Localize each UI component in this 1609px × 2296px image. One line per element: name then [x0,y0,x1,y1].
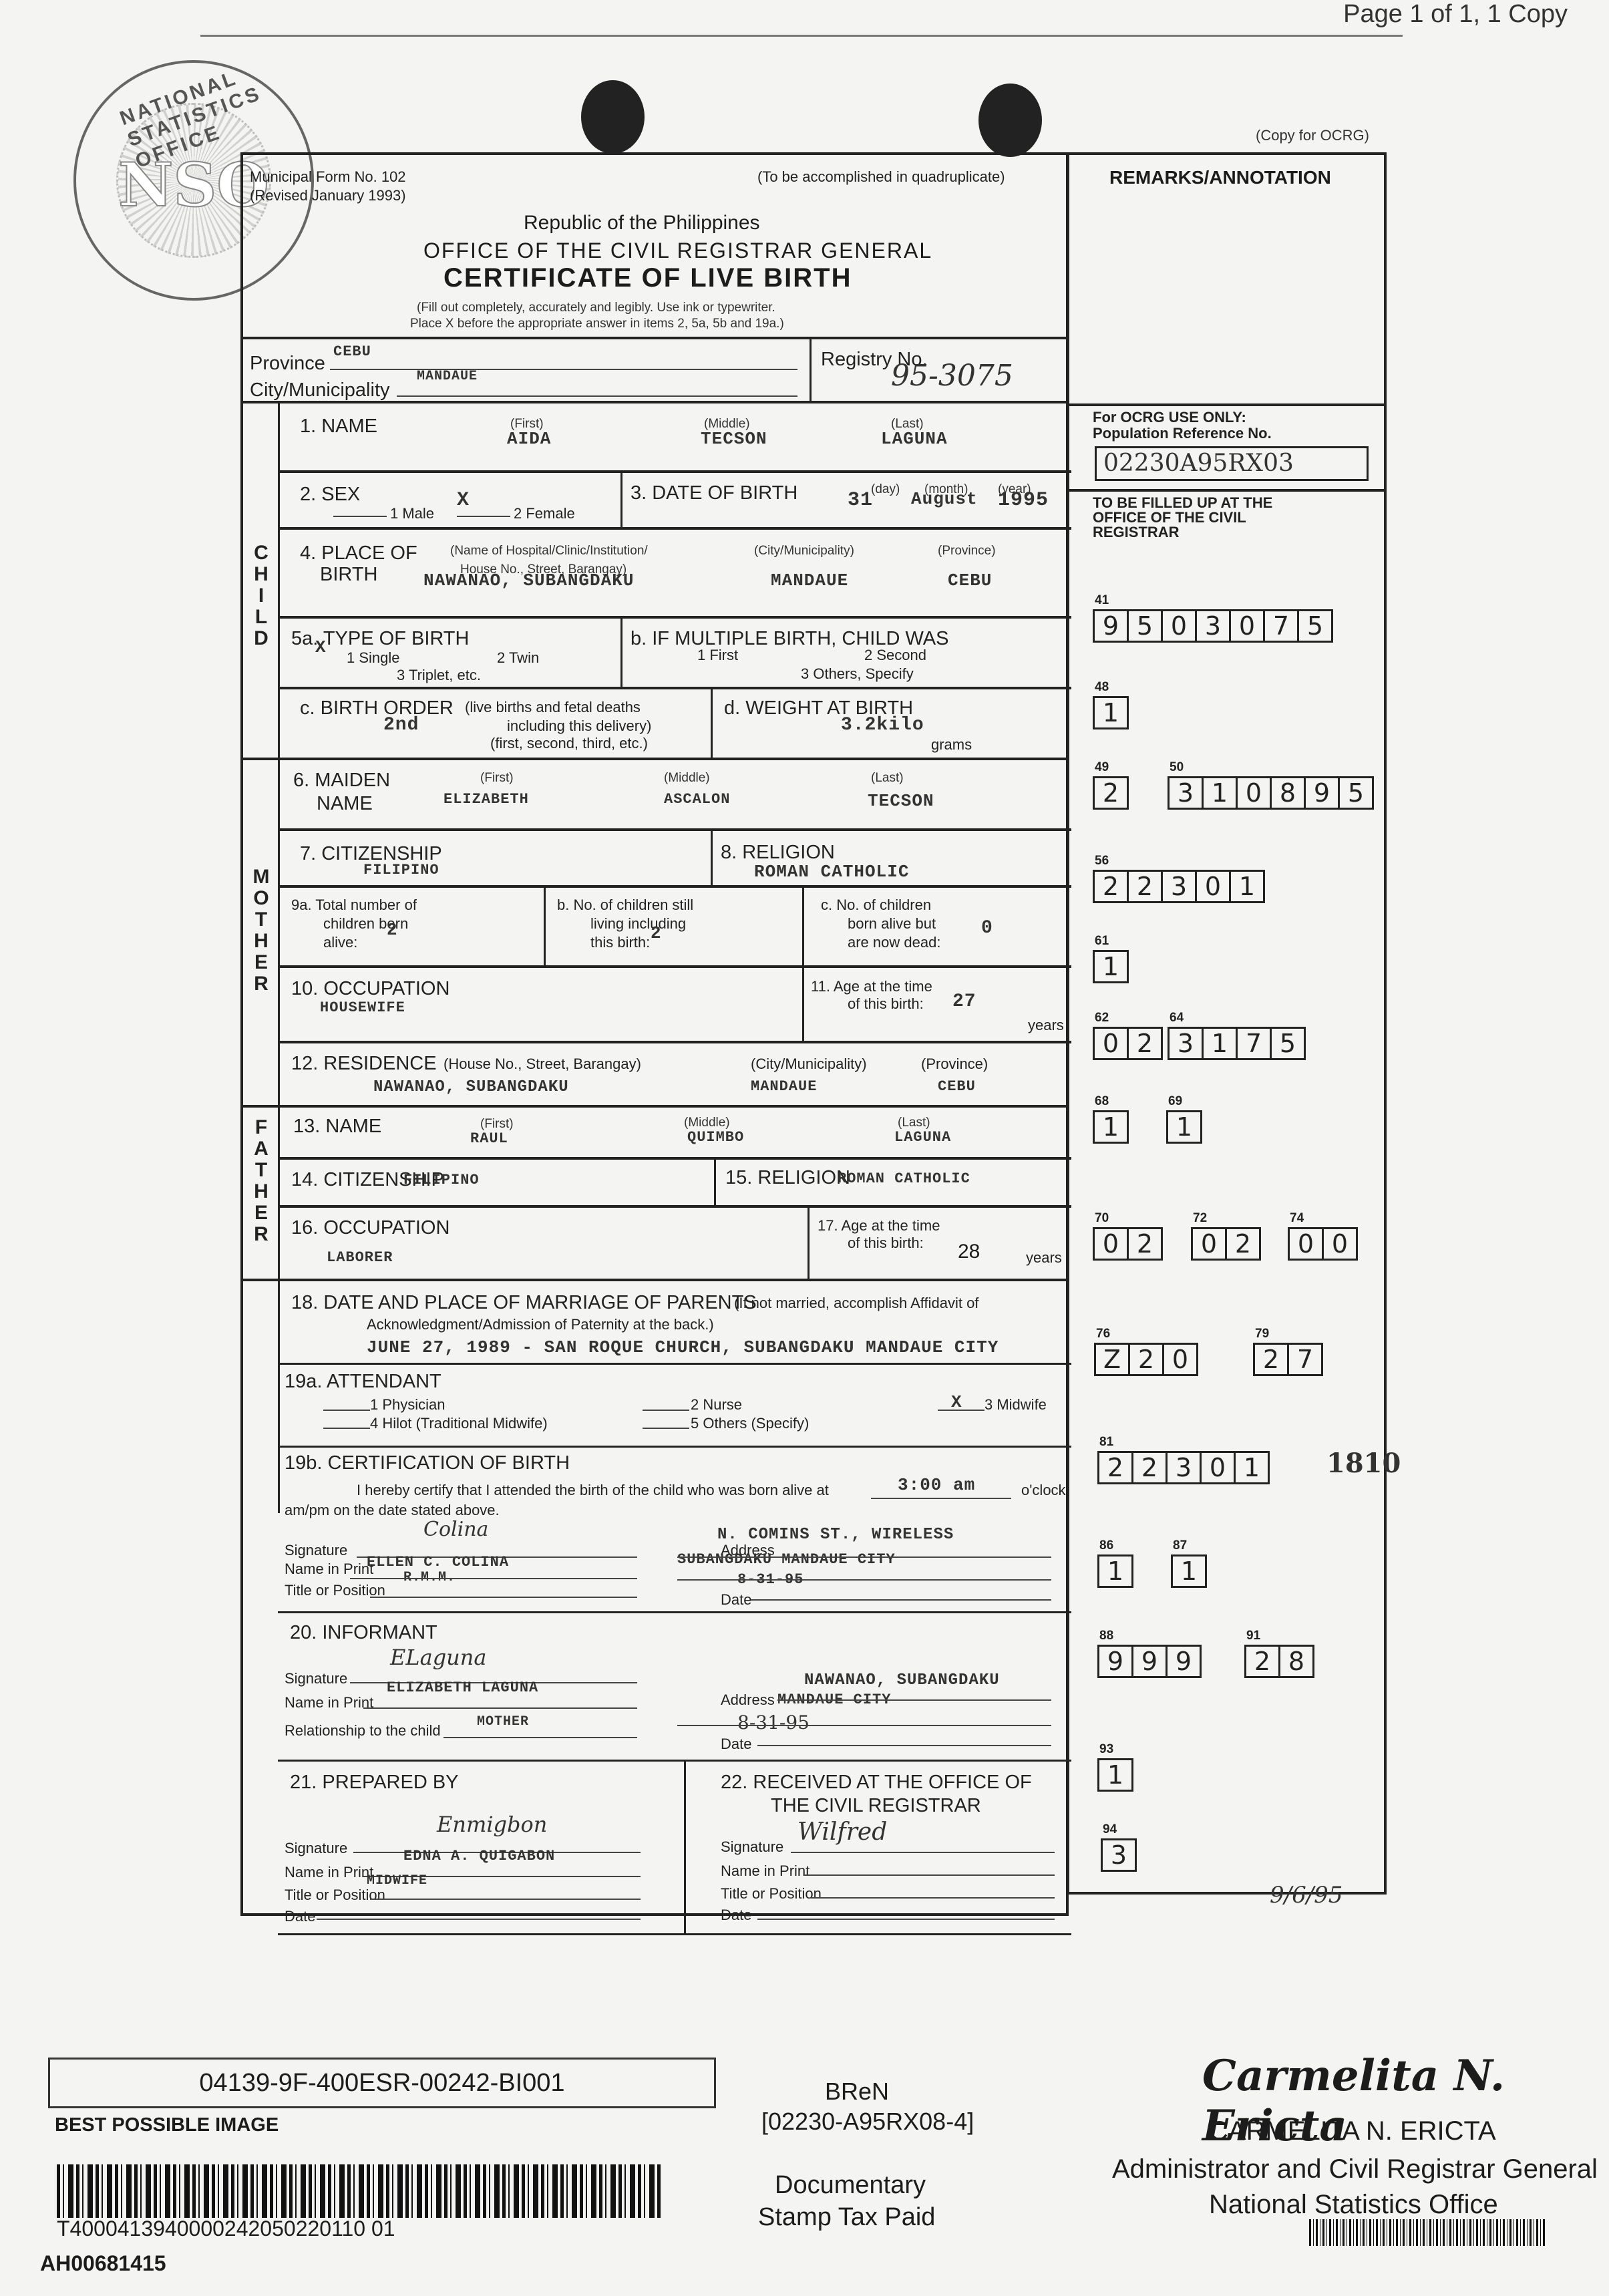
code-digit-box[interactable]: 2 [1093,776,1129,810]
multiple-option-first: 1 First [697,647,738,664]
father-occupation-label: 16. OCCUPATION [291,1217,450,1239]
divider [278,1446,1071,1448]
attendant-option-midwife: 3 Midwife [985,1396,1047,1414]
divider [808,1205,810,1279]
handwritten-date-note: 9/6/95 [1270,1882,1343,1909]
form-number: Municipal Form No. 102 [250,168,406,186]
divider [278,527,1071,530]
bren-value: [02230-A95RX08-4] [761,2108,974,2136]
pob-hospital-label: (Name of Hospital/Clinic/Institution/ [450,544,648,558]
code-number-label: 50 [1170,760,1184,775]
last-label: (Last) [871,771,904,786]
attendant-option-others: 5 Others (Specify) [691,1415,809,1432]
code-box-group: 999 [1099,1645,1202,1678]
attendant-label: 19a. ATTENDANT [285,1371,441,1393]
divider [810,337,812,401]
total-children-value[interactable]: 2 [387,920,398,940]
certification-text: I hereby certify that I attended the bir… [357,1482,829,1499]
pob-label: 4. PLACE OF [300,542,417,564]
name-in-print-label: Name in Print [721,1862,810,1880]
code-number-label: 69 [1168,1094,1182,1109]
preparer-name[interactable]: EDNA A. QUIGABON [403,1848,555,1864]
barcode-number: T4000413940000242050220110 01 [57,2217,395,2241]
punch-hole-mark [978,84,1042,157]
divider [711,687,713,758]
residence-province-label: (Province) [921,1055,988,1073]
code-digit-box[interactable]: 2 [1127,1027,1163,1060]
code-digit-box[interactable]: 1 [1097,1554,1133,1588]
copy-for-ocrg: (Copy for OCRG) [1256,127,1369,144]
section-label-mother: MOTHER [251,866,271,995]
pob-hospital[interactable]: NAWANAO, SUBANGDAKU [423,570,634,591]
bren-label: BReN [825,2078,889,2106]
last-label: (Last) [898,1116,930,1130]
code-digit-box[interactable]: 0 [1093,1027,1129,1060]
father-name-label: 13. NAME [293,1116,381,1138]
oclock-text: o'clock [1021,1482,1066,1499]
father-religion[interactable]: ROMAN CATHOLIC [838,1170,970,1187]
code-box-group: 9503075 [1095,609,1333,643]
residence-address[interactable]: NAWANAO, SUBANGDAKU [373,1078,569,1096]
code-digit-box[interactable]: 1 [1202,1027,1238,1060]
code-digit-box[interactable]: 3 [1161,870,1197,903]
divider [278,687,1071,689]
first-label: (First) [480,771,514,786]
signature-label: Signature [285,1840,347,1857]
father-age-label: 17. Age at the time [818,1217,940,1235]
code-1810: 1810 [1326,1448,1401,1479]
code-digit-box[interactable]: 2 [1127,1227,1163,1261]
pob-province-label: (Province) [938,544,996,558]
signatory-title: Administrator and Civil Registrar Genera… [1112,2154,1598,2184]
code-digit-box[interactable]: 1 [1093,1110,1129,1144]
code-number-label: 79 [1255,1327,1269,1341]
mother-last-name[interactable]: TECSON [868,791,934,811]
dead-children-label-3: are now dead: [848,934,940,951]
divider [620,470,622,527]
code-number-label: 93 [1099,1742,1113,1757]
code-digit-box[interactable]: 0 [1229,609,1265,643]
signature-label: Signature [285,1542,347,1559]
weight-value[interactable]: 3.2kilo [841,715,924,735]
instructions-line-1: (Fill out completely, accurately and leg… [417,301,775,315]
divider [278,828,1071,831]
type-option-triplet: 3 Triplet, etc. [397,667,481,684]
code-digit-box[interactable]: 0 [1162,1343,1198,1376]
father-religion-label: 15. RELIGION [725,1167,850,1189]
child-last-name[interactable]: LAGUNA [881,429,948,449]
code-digit-box[interactable]: 0 [1191,1227,1227,1261]
signatory-name: CARMELITA N. ERICTA [1209,2116,1496,2146]
preparer-signature: Enmigbon [437,1812,547,1837]
divider [711,828,713,885]
code-box-group: 00 [1290,1227,1358,1261]
doc-stamp-line-2: Stamp Tax Paid [758,2203,935,2232]
divider [278,616,1071,619]
code-digit-box[interactable]: 2 [1127,870,1163,903]
code-number-label: 76 [1096,1327,1110,1341]
code-digit-box[interactable]: 2 [1093,870,1129,903]
checkbox-line[interactable] [323,1410,370,1411]
sex-label: 2. SEX [300,484,360,506]
code-box-group: 02 [1095,1027,1163,1060]
name-in-print-label: Name in Print [285,1561,373,1578]
code-digit-box[interactable]: 9 [1097,1645,1133,1678]
code-box-group: 1 [1095,696,1129,729]
checkbox-line[interactable] [333,516,387,517]
code-box-group: 27 [1255,1343,1323,1376]
code-digit-box[interactable]: 3 [1166,1451,1202,1484]
certificate-form: Municipal Form No. 102 (Revised January … [240,152,1069,1916]
province-value[interactable]: CEBU [333,343,371,360]
code-digit-box[interactable]: 0 [1195,870,1231,903]
divider [620,616,622,687]
code-digit-box[interactable]: 1 [1202,776,1238,810]
field-line [677,1556,1051,1558]
code-digit-box[interactable]: 3 [1101,1838,1137,1872]
best-possible-image-label: BEST POSSIBLE IMAGE [55,2114,279,2136]
father-citizenship[interactable]: FILIPINO [403,1172,480,1188]
code-number-label: 49 [1095,760,1109,775]
code-digit-box[interactable]: 3 [1168,776,1204,810]
birth-order-note: (live births and fetal deaths [465,699,641,716]
title-label: Title or Position [721,1885,822,1903]
code-box-group: 1 [1099,1758,1133,1792]
code-digit-box[interactable]: 2 [1097,1451,1133,1484]
checkbox-line[interactable] [643,1428,689,1429]
attendant-address-1[interactable]: N. COMINS ST., WIRELESS [717,1526,954,1544]
middle-label: (Middle) [664,771,710,786]
divider [278,1205,1071,1208]
date-label: Date [721,1591,751,1609]
pob-city[interactable]: MANDAUE [771,570,848,591]
residence-label: 12. RESIDENCE [291,1053,437,1075]
code-box-group: 1 [1173,1554,1207,1588]
code-digit-box[interactable]: 5 [1127,609,1163,643]
middle-label: (Middle) [684,1116,730,1130]
type-option-single: 1 Single [347,649,400,667]
fill-up-label-3: REGISTRAR [1093,524,1180,541]
field-line [317,1919,641,1920]
section-divider [243,1279,1066,1281]
month-label: (month) [924,482,968,497]
sex-option-male: 1 Male [390,505,434,522]
checkbox-line[interactable] [938,1410,985,1411]
residence-city-label: (City/Municipality) [751,1055,867,1073]
date-label: Date [285,1908,315,1925]
mother-name-label-2: NAME [317,793,373,815]
code-digit-box[interactable]: 0 [1236,776,1272,810]
field-line [443,1737,637,1738]
code-digit-box[interactable]: Z [1094,1343,1130,1376]
code-digit-box[interactable]: 3 [1168,1027,1204,1060]
code-digit-box[interactable]: 7 [1236,1027,1272,1060]
checkbox-line[interactable] [643,1410,689,1411]
total-children-label-3: alive: [323,934,357,951]
code-number-label: 56 [1095,854,1109,868]
mother-age-label-2: of this birth: [848,995,924,1013]
divider [278,965,1071,968]
code-digit-box[interactable]: 9 [1304,776,1340,810]
code-digit-box[interactable]: 0 [1288,1227,1324,1261]
divider [278,1760,1071,1762]
marriage-label: 18. DATE AND PLACE OF MARRIAGE OF PARENT… [291,1292,757,1314]
form-revised: (Revised January 1993) [250,187,406,204]
code-digit-box[interactable]: 1 [1093,696,1129,729]
code-digit-box[interactable]: 3 [1195,609,1231,643]
day-label: (day) [871,482,900,497]
mother-middle-name[interactable]: ASCALON [664,791,730,808]
code-number-label: 61 [1095,934,1109,949]
code-number-label: 62 [1095,1011,1109,1025]
checkbox-line[interactable] [457,516,510,517]
first-label: (First) [480,1117,514,1132]
pob-city-label: (City/Municipality) [754,544,854,558]
code-box-group: 22301 [1099,1451,1270,1484]
marriage-value[interactable]: JUNE 27, 1989 - SAN ROQUE CHURCH, SUBANG… [367,1337,999,1357]
code-digit-box[interactable]: 5 [1338,776,1374,810]
mother-citizenship[interactable]: FILIPINO [363,862,439,878]
registry-value[interactable]: 95-3075 [891,359,1013,393]
mother-occupation-label: 10. OCCUPATION [291,978,450,1000]
living-children-label-3: this birth: [590,934,650,951]
attendant-name[interactable]: ELLEN C. COLINA [367,1554,509,1571]
multiple-option-second: 2 Second [864,647,926,664]
field-line [677,1725,1051,1726]
informant-name[interactable]: ELIZABETH LAGUNA [387,1679,538,1696]
code-box-group: 1 [1099,1554,1133,1588]
remarks-title: REMARKS/ANNOTATION [1109,167,1331,188]
dead-children-label-2: born alive but [848,915,936,933]
code-digit-box[interactable]: 1 [1093,950,1129,983]
dob-day[interactable]: 31 [848,489,873,512]
mother-religion[interactable]: ROMAN CATHOLIC [754,862,909,882]
pob-province[interactable]: CEBU [948,570,992,591]
code-digit-box[interactable]: 1 [1097,1758,1133,1792]
code-number-label: 64 [1170,1011,1184,1025]
field-line [757,1745,1051,1746]
checkbox-line[interactable] [323,1428,370,1429]
field-line [677,1579,1051,1581]
type-mark[interactable]: X [315,637,327,657]
section-divider [243,758,1066,760]
code-digit-box[interactable]: 2 [1253,1343,1289,1376]
divider [544,885,546,965]
code-digit-box[interactable]: 9 [1131,1645,1168,1678]
ocrg-use-label: For OCRG USE ONLY: [1093,409,1246,426]
birth-order-note-3: (first, second, third, etc.) [490,735,648,752]
attendant-option-physician: 1 Physician [370,1396,445,1414]
city-label: City/Municipality [250,379,390,401]
divider [1069,489,1384,492]
birth-order-value[interactable]: 2nd [383,715,419,735]
informant-date[interactable]: 8-31-95 [737,1711,810,1734]
section-label-child: CHILD [251,542,271,649]
child-first-name[interactable]: AIDA [507,429,551,449]
divider [278,1611,1071,1613]
divider [802,885,804,1041]
code-digit-box[interactable]: 2 [1225,1227,1261,1261]
code-number-label: 86 [1099,1538,1113,1553]
code-box-group: 1 [1168,1110,1202,1144]
mother-age-label: 11. Age at the time [811,978,932,995]
mother-age-value[interactable]: 27 [952,991,976,1012]
mother-first-name[interactable]: ELIZABETH [443,791,529,808]
mother-religion-label: 8. RELIGION [721,842,835,864]
code-digit-box[interactable]: 0 [1200,1451,1236,1484]
dead-children-value[interactable]: 0 [981,918,993,939]
code-digit-box[interactable]: 9 [1093,609,1129,643]
code-box-group: 1 [1095,1110,1129,1144]
code-digit-box[interactable]: 7 [1287,1343,1323,1376]
pob-label-2: BIRTH [320,564,377,586]
divider [278,1157,1071,1160]
attendant-option-nurse: 2 Nurse [691,1396,742,1414]
child-middle-name[interactable]: TECSON [701,429,767,449]
year-label: (year) [998,482,1031,497]
code-box-group: 28 [1246,1645,1314,1678]
mother-occupation[interactable]: HOUSEWIFE [320,999,405,1016]
code-number-label: 70 [1095,1211,1109,1226]
code-box-group: 3175 [1170,1027,1306,1060]
birth-order-note-2: including this delivery) [507,717,651,735]
field-line [791,1852,1055,1853]
signature-label: Signature [721,1838,783,1856]
divider [278,1363,1071,1365]
code-box-group: 02 [1095,1227,1163,1261]
father-first-name[interactable]: RAUL [470,1130,508,1147]
living-children-label-2: living including [590,915,686,933]
certification-text-2: am/pm on the date stated above. [285,1502,500,1519]
code-digit-box[interactable]: 2 [1244,1645,1280,1678]
code-digit-box[interactable]: 5 [1270,1027,1306,1060]
quadruplicate-note: (To be accomplished in quadruplicate) [757,168,1005,186]
document-id-box: 04139-9F-400ESR-00242-BI001 [48,2058,716,2108]
divider [1069,403,1384,406]
divider [243,401,1066,403]
certificate-title: CERTIFICATE OF LIVE BIRTH [443,263,852,293]
code-number-label: 88 [1099,1629,1113,1643]
field-line [751,1599,1051,1601]
population-ref-label: Population Reference No. [1093,425,1272,442]
section-label-father: FATHER [251,1117,271,1245]
code-digit-box[interactable]: 7 [1263,609,1299,643]
informant-relationship[interactable]: MOTHER [477,1714,529,1730]
date-label: Date [721,1907,751,1924]
name-in-print-label: Name in Print [285,1694,373,1711]
code-digit-box[interactable]: 8 [1270,776,1306,810]
republic-heading: Republic of the Philippines [524,212,760,234]
field-line [757,1919,1055,1920]
signature-label: Signature [285,1670,347,1687]
code-digit-box[interactable]: 2 [1128,1343,1164,1376]
code-number-label: 91 [1246,1629,1260,1643]
code-number-label: 87 [1173,1538,1187,1553]
informant-label: 20. INFORMANT [290,1622,437,1644]
office-heading: OFFICE OF THE CIVIL REGISTRAR GENERAL [423,238,932,263]
relationship-label: Relationship to the child [285,1722,441,1740]
code-box-group: 310895 [1170,776,1374,810]
divider [278,1933,1071,1935]
father-occupation[interactable]: LABORER [327,1249,393,1266]
attendant-address-2[interactable]: SUBANGDAKU MANDAUE CITY [677,1551,896,1568]
field-line [777,1699,1051,1701]
marriage-note: (If not married, accomplish Affidavit of [734,1295,978,1312]
code-digit-box[interactable]: 5 [1297,609,1333,643]
field-line [350,1578,637,1579]
registrar-signature: Wilfred [797,1818,887,1846]
city-value[interactable]: MANDAUE [417,369,478,384]
population-reference-number[interactable]: 02230A95RX03 [1095,446,1369,481]
divider [684,1760,686,1933]
field-line [370,1899,641,1900]
birth-time[interactable]: 3:00 am [898,1475,975,1495]
code-digit-box[interactable]: 1 [1171,1554,1207,1588]
top-rule [200,35,1403,37]
code-digit-box[interactable]: 1 [1234,1451,1270,1484]
attendant-signature: Colina [423,1518,488,1541]
sex-option-female: 2 Female [514,505,575,522]
certification-label: 19b. CERTIFICATION OF BIRTH [285,1452,570,1474]
marriage-note-2: Acknowledgment/Admission of Paternity at… [367,1316,714,1333]
father-age-label-2: of this birth: [848,1235,924,1252]
code-digit-box[interactable]: 8 [1278,1645,1314,1678]
residence-province[interactable]: CEBU [938,1078,976,1095]
attendant-option-hilot: 4 Hilot (Traditional Midwife) [370,1415,548,1432]
sex-mark[interactable]: X [457,489,470,512]
code-digit-box[interactable]: 0 [1161,609,1197,643]
code-digit-box[interactable]: 0 [1093,1227,1129,1261]
doc-stamp-line-1: Documentary [775,2171,926,2200]
code-number-label: 94 [1103,1822,1117,1837]
code-digit-box[interactable]: 9 [1166,1645,1202,1678]
page-indicator: Page 1 of 1, 1 Copy [1343,0,1568,29]
code-number-label: 68 [1095,1094,1109,1109]
mother-name-label: 6. MAIDEN [293,770,390,792]
birth-order-label: c. BIRTH ORDER [300,697,454,719]
field-line [811,1897,1055,1899]
divider [278,885,1071,888]
code-digit-box[interactable]: 2 [1131,1451,1168,1484]
remarks-column: REMARKS/ANNOTATION For OCRG USE ONLY: Po… [1067,152,1387,1895]
prepared-by-label: 21. PREPARED BY [290,1772,459,1794]
informant-signature: ELaguna [390,1645,486,1670]
serial-number: AH00681415 [40,2251,166,2276]
field-line [871,1498,1011,1499]
section-divider [243,1105,1066,1108]
code-number-label: 81 [1099,1435,1113,1450]
weight-unit: grams [931,736,972,754]
living-children-value[interactable]: 2 [651,923,662,943]
father-middle-name[interactable]: QUIMBO [687,1129,744,1146]
field-line [397,395,797,397]
code-box-group: 02 [1193,1227,1261,1261]
code-digit-box[interactable]: 1 [1166,1110,1202,1144]
code-number-label: 72 [1193,1211,1207,1226]
field-line [363,1707,637,1709]
code-digit-box[interactable]: 1 [1229,870,1265,903]
residence-city[interactable]: MANDAUE [751,1078,817,1095]
father-age-value[interactable]: 28 [958,1241,980,1263]
informant-address-1[interactable]: NAWANAO, SUBANGDAKU [804,1671,1000,1689]
father-last-name[interactable]: LAGUNA [894,1129,951,1146]
years-unit: years [1026,1249,1062,1267]
code-digit-box[interactable]: 0 [1322,1227,1358,1261]
child-name-label: 1. NAME [300,416,377,438]
address-label: Address [721,1691,775,1709]
document-barcode [57,2164,661,2218]
divider [243,337,1066,339]
